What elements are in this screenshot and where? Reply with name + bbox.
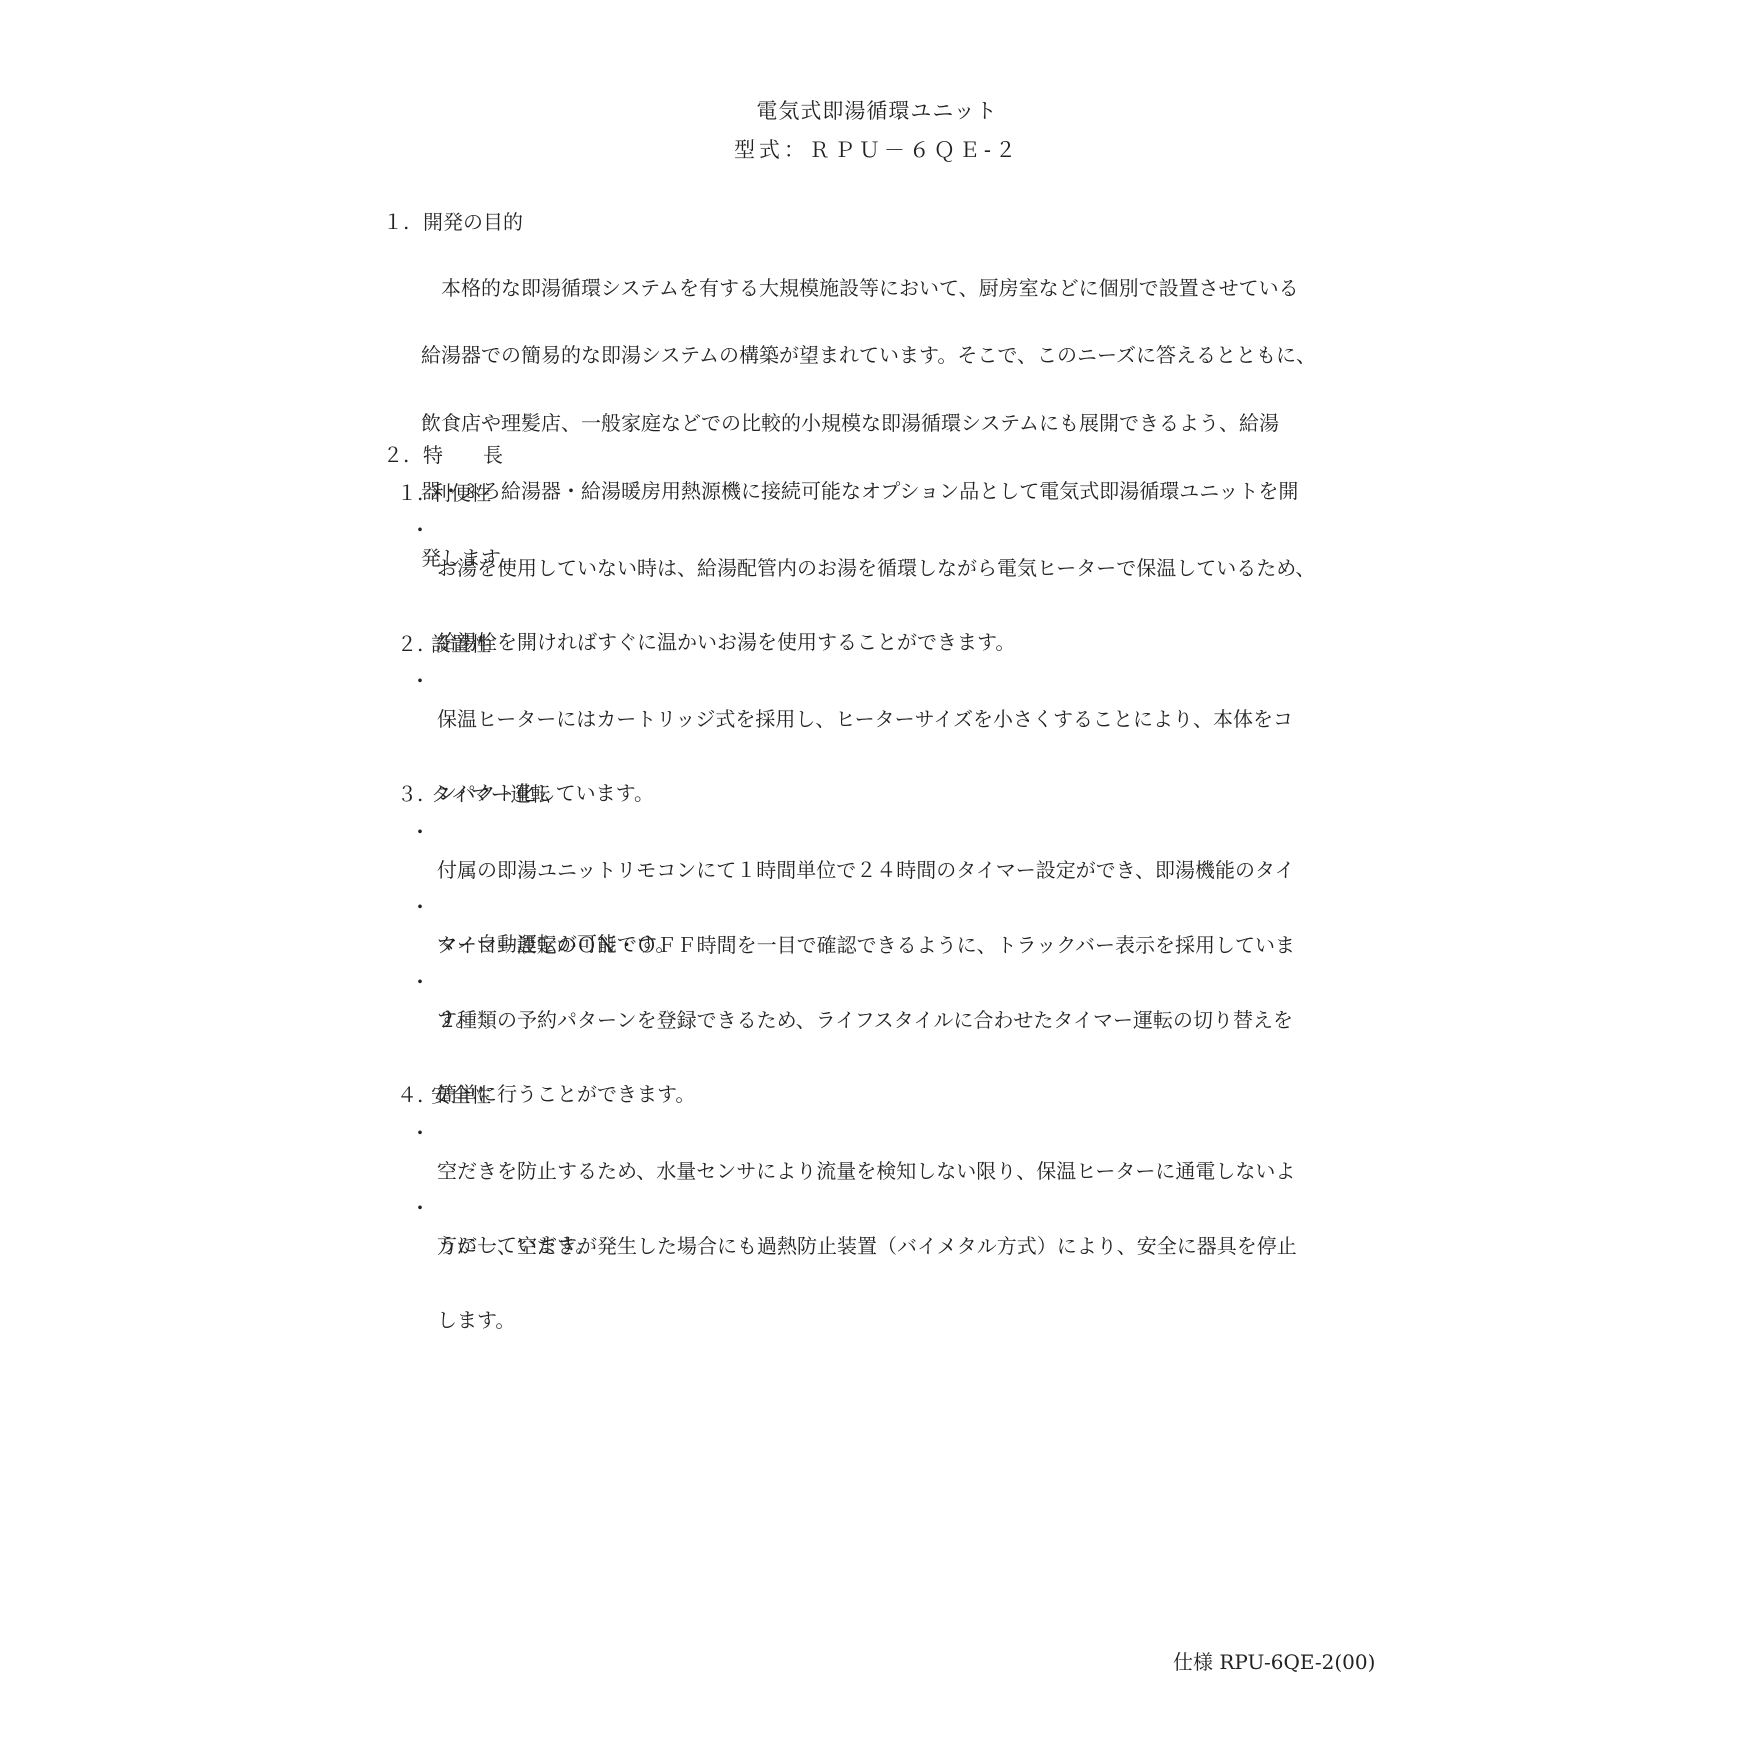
section-number: ２. [383,442,423,468]
bullet-line: 保温ヒーターにはカートリッジ式を採用し、ヒーターサイズを小さくすることにより、本… [437,701,1293,738]
document-code: 仕様 RPU-6QE-2(00) [1173,1649,1375,1675]
bullet-line: します。 [437,1302,1297,1339]
bullet-line: お湯を使用していない時は、給湯配管内のお湯を循環しながら電気ヒーターで保温してい… [437,550,1315,587]
model-number: 型式：ＲＰＵ－６ＱＥ-２ [0,137,1754,163]
paragraph-line: 飲食店や理髪店、一般家庭などでの比較的小規模な即湯循環システムにも展開できるよう… [421,407,1316,441]
document-title: 電気式即湯循環ユニット [0,98,1754,124]
subsection-number: ２. [397,631,431,657]
bullet-icon: ・ [410,517,430,543]
subsection-number: １. [397,480,431,506]
subsection-heading-timer: ３.タイマー運転 [397,781,551,807]
bullet-icon: ・ [410,1195,430,1221]
bullet-icon: ・ [410,1120,430,1146]
bullet-line: 給湯栓を開ければすぐに温かいお湯を使用することができます。 [437,624,1315,661]
bullet-icon: ・ [410,969,430,995]
subsection-title: 安全性 [431,1083,491,1107]
paragraph-line: 器・ふろ給湯器・給湯暖房用熱源機に接続可能なオプション品として電気式即湯循環ユニ… [421,475,1316,509]
section-title: 特 長 [423,443,503,467]
bullet-line: 付属の即湯ユニットリモコンにて１時間単位で２４時間のタイマー設定ができ、即湯機能… [437,852,1295,889]
section-heading-purpose: １.開発の目的 [383,209,523,235]
bullet-icon: ・ [410,894,430,920]
subsection-title: 利便性 [431,481,491,505]
subsection-title: タイマー運転 [431,782,551,806]
subsection-number: ４. [397,1082,431,1108]
document-page: 電気式即湯循環ユニット 型式：ＲＰＵ－６ＱＥ-２ １.開発の目的 本格的な即湯循… [0,0,1754,1754]
bullet-line: タイマー設定のＯＮ・ＯＦＦ時間を一目で確認できるように、トラックバー表示を採用し… [437,927,1295,964]
bullet-icon: ・ [410,668,430,694]
subsection-number: ３. [397,781,431,807]
section-heading-features: ２.特 長 [383,442,503,468]
bullet-item: 万が一、空だきが発生した場合にも過熱防止装置（バイメタル方式）により、安全に器具… [437,1191,1297,1376]
subsection-heading-safety: ４.安全性 [397,1082,491,1108]
section-number: １. [383,209,423,235]
bullet-line: 簡単に行うことができます。 [437,1076,1293,1113]
subsection-heading-convenience: １.利便性 [397,480,491,506]
bullet-line: ンパクト化しています。 [437,775,1293,812]
subsection-title: 設置性 [431,632,491,656]
paragraph-line: 給湯器での簡易的な即湯システムの構築が望まれています。そこで、このニーズに答える… [421,339,1316,373]
bullet-line: 空だきを防止するため、水量センサにより流量を検知しない限り、保温ヒーターに通電し… [437,1153,1295,1190]
subsection-heading-installation: ２.設置性 [397,631,491,657]
bullet-line: ２種類の予約パターンを登録できるため、ライフスタイルに合わせたタイマー運転の切り… [437,1002,1293,1039]
bullet-icon: ・ [410,819,430,845]
bullet-line: 万が一、空だきが発生した場合にも過熱防止装置（バイメタル方式）により、安全に器具… [437,1228,1297,1265]
section-title: 開発の目的 [423,210,523,234]
paragraph-line: 本格的な即湯循環システムを有する大規模施設等において、厨房室などに個別で設置させ… [421,272,1316,306]
